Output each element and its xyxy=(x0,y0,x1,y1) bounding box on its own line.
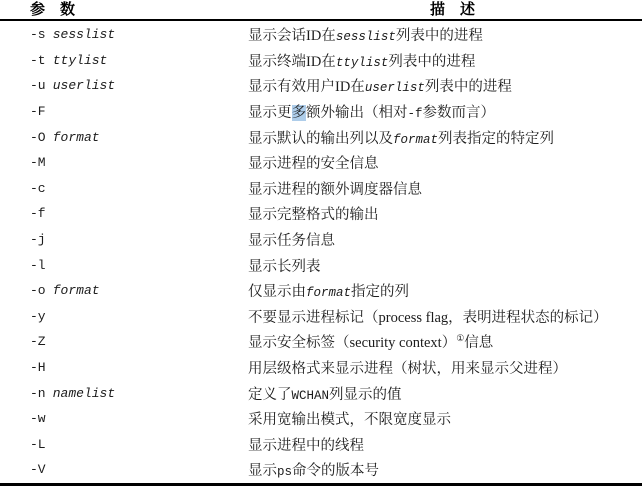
header-param: 参 数 xyxy=(30,0,75,20)
param-flag: -F xyxy=(30,104,46,119)
desc-cell: 采用宽输出模式，不限宽度显示 xyxy=(248,408,642,429)
desc-segment: 指定的列 xyxy=(351,284,409,300)
desc-cell: 显示安全标签（security context）①信息 xyxy=(248,331,642,352)
param-cell: -w xyxy=(30,411,248,426)
desc-cell: 显示有效用户ID在userlist列表中的进程 xyxy=(248,75,642,96)
desc-segment: 多 xyxy=(292,105,307,121)
param-var: userlist xyxy=(53,78,115,93)
param-flag: -j xyxy=(30,232,46,247)
desc-segment: -f xyxy=(408,107,423,121)
desc-cell: 不要显示进程标记（process flag，表明进程状态的标记） xyxy=(248,306,642,327)
param-var: format xyxy=(53,283,100,298)
param-flag: -l xyxy=(30,258,46,273)
desc-segment: 命令的版本号 xyxy=(292,463,379,479)
param-flag: -w xyxy=(30,411,46,426)
table-row: -c 显示进程的额外调度器信息 xyxy=(0,176,642,202)
param-flag: -V xyxy=(30,462,46,477)
param-cell: -l xyxy=(30,258,248,273)
param-cell: -nnamelist xyxy=(30,386,248,401)
param-flag: -u xyxy=(30,78,46,93)
desc-segment: 额外输出（相对 xyxy=(306,105,408,121)
param-flag: -c xyxy=(30,181,46,196)
desc-segment: 显示默认的输出列以及 xyxy=(248,131,393,147)
desc-segment: security context xyxy=(350,335,442,351)
desc-segment: 显示完整格式的输出 xyxy=(248,207,379,223)
param-cell: -c xyxy=(30,181,248,196)
book-page: 参 数 描 述 -ssesslist 显示会话ID在sesslist列表中的进程… xyxy=(0,0,642,489)
desc-segment: ttylist xyxy=(336,56,389,70)
table-row: -y 不要显示进程标记（process flag，表明进程状态的标记） xyxy=(0,304,642,330)
param-flag: -O xyxy=(30,130,46,145)
param-flag: -s xyxy=(30,27,46,42)
desc-segment: 显示 xyxy=(248,463,277,479)
desc-cell: 显示终端ID在ttylist列表中的进程 xyxy=(248,50,642,71)
table-row: -w 采用宽输出模式，不限宽度显示 xyxy=(0,406,642,432)
param-flag: -t xyxy=(30,53,46,68)
desc-segment: 仅显示由 xyxy=(248,284,306,300)
param-flag: -Z xyxy=(30,334,46,349)
desc-cell: 仅显示由format指定的列 xyxy=(248,280,642,301)
desc-segment: 显示进程的额外调度器信息 xyxy=(248,182,422,198)
desc-segment: userlist xyxy=(365,81,425,95)
table-row: -nnamelist 定义了WCHAN列显示的值 xyxy=(0,380,642,406)
table-row: -tttylist 显示终端ID在ttylist列表中的进程 xyxy=(0,48,642,74)
param-cell: -y xyxy=(30,309,248,324)
desc-segment: 显示安全标签（ xyxy=(248,335,350,351)
header-desc: 描 述 xyxy=(430,0,475,20)
desc-cell: 定义了WCHAN列显示的值 xyxy=(248,383,642,404)
table-row: -V 显示ps命令的版本号 xyxy=(0,457,642,483)
desc-segment: 列显示的值 xyxy=(329,387,402,403)
table-row: -f 显示完整格式的输出 xyxy=(0,201,642,227)
param-cell: -Oformat xyxy=(30,130,248,145)
desc-segment: 显示有效用户ID在 xyxy=(248,79,365,95)
param-flag: -M xyxy=(30,155,46,170)
desc-segment: 显示任务信息 xyxy=(248,233,335,249)
param-flag: -y xyxy=(30,309,46,324)
table-row: -oformat 仅显示由format指定的列 xyxy=(0,278,642,304)
param-var: sesslist xyxy=(53,27,115,42)
param-var: ttylist xyxy=(53,53,108,68)
table-row: -Z 显示安全标签（security context）①信息 xyxy=(0,329,642,355)
desc-segment: 显示更 xyxy=(248,105,292,121)
desc-segment: process flag xyxy=(379,310,449,326)
desc-segment: 参数而言） xyxy=(423,105,496,121)
desc-cell: 显示会话ID在sesslist列表中的进程 xyxy=(248,24,642,45)
table-row: -F 显示更多额外输出（相对-f参数而言） xyxy=(0,99,642,125)
desc-segment: 采用宽输出模式，不限宽度显示 xyxy=(248,412,451,428)
table-header: 参 数 描 述 xyxy=(0,0,642,21)
param-cell: -L xyxy=(30,437,248,452)
desc-segment: ，表明进程状态的标记） xyxy=(448,310,608,326)
param-cell: -tttylist xyxy=(30,53,248,68)
table-body: -ssesslist 显示会话ID在sesslist列表中的进程 -tttyli… xyxy=(0,22,642,483)
param-flag: -o xyxy=(30,283,46,298)
desc-segment: WCHAN xyxy=(292,389,330,403)
desc-segment: format xyxy=(393,133,438,147)
desc-cell: 用层级格式来显示进程（树状，用来显示父进程） xyxy=(248,357,642,378)
desc-cell: 显示ps命令的版本号 xyxy=(248,459,642,480)
param-cell: -Z xyxy=(30,334,248,349)
param-flag: -H xyxy=(30,360,46,375)
desc-segment: 显示进程中的线程 xyxy=(248,438,364,454)
table-row: -ssesslist 显示会话ID在sesslist列表中的进程 xyxy=(0,22,642,48)
table-row: -H 用层级格式来显示进程（树状，用来显示父进程） xyxy=(0,355,642,381)
desc-segment: ） xyxy=(442,335,457,351)
desc-segment: 显示长列表 xyxy=(248,259,321,275)
param-cell: -M xyxy=(30,155,248,170)
param-cell: -V xyxy=(30,462,248,477)
param-var: namelist xyxy=(53,386,115,401)
desc-cell: 显示长列表 xyxy=(248,255,642,276)
desc-cell: 显示默认的输出列以及format列表指定的特定列 xyxy=(248,127,642,148)
desc-segment: 不要显示进程标记（ xyxy=(248,310,379,326)
table-bottom-rule xyxy=(0,483,642,486)
param-cell: -uuserlist xyxy=(30,78,248,93)
desc-segment: 用层级格式来显示进程（树状，用来显示父进程） xyxy=(248,361,567,377)
table-row: -M 显示进程的安全信息 xyxy=(0,150,642,176)
table-row: -L 显示进程中的线程 xyxy=(0,432,642,458)
param-cell: -f xyxy=(30,206,248,221)
param-cell: -H xyxy=(30,360,248,375)
desc-cell: 显示进程的安全信息 xyxy=(248,152,642,173)
desc-segment: 显示终端ID在 xyxy=(248,54,336,70)
desc-segment: ps xyxy=(277,465,292,479)
desc-segment: 显示会话ID在 xyxy=(248,28,336,44)
param-cell: -oformat xyxy=(30,283,248,298)
desc-segment: 信息 xyxy=(464,335,493,351)
desc-segment: sesslist xyxy=(336,30,396,44)
param-flag: -L xyxy=(30,437,46,452)
table-row: -uuserlist 显示有效用户ID在userlist列表中的进程 xyxy=(0,73,642,99)
table-row: -l 显示长列表 xyxy=(0,252,642,278)
desc-segment: 列表中的进程 xyxy=(425,79,512,95)
desc-segment: 显示进程的安全信息 xyxy=(248,156,379,172)
param-cell: -j xyxy=(30,232,248,247)
desc-segment: 列表指定的特定列 xyxy=(438,131,554,147)
desc-segment: 列表中的进程 xyxy=(388,54,475,70)
param-var: format xyxy=(53,130,100,145)
table-row: -Oformat 显示默认的输出列以及format列表指定的特定列 xyxy=(0,124,642,150)
desc-cell: 显示任务信息 xyxy=(248,229,642,250)
param-flag: -n xyxy=(30,386,46,401)
desc-cell: 显示进程的额外调度器信息 xyxy=(248,178,642,199)
desc-segment: 列表中的进程 xyxy=(396,28,483,44)
desc-segment: 定义了 xyxy=(248,387,292,403)
param-cell: -F xyxy=(30,104,248,119)
desc-cell: 显示更多额外输出（相对-f参数而言） xyxy=(248,101,642,122)
table-row: -j 显示任务信息 xyxy=(0,227,642,253)
desc-segment: format xyxy=(306,286,351,300)
desc-cell: 显示完整格式的输出 xyxy=(248,203,642,224)
desc-cell: 显示进程中的线程 xyxy=(248,434,642,455)
param-flag: -f xyxy=(30,206,46,221)
param-cell: -ssesslist xyxy=(30,27,248,42)
